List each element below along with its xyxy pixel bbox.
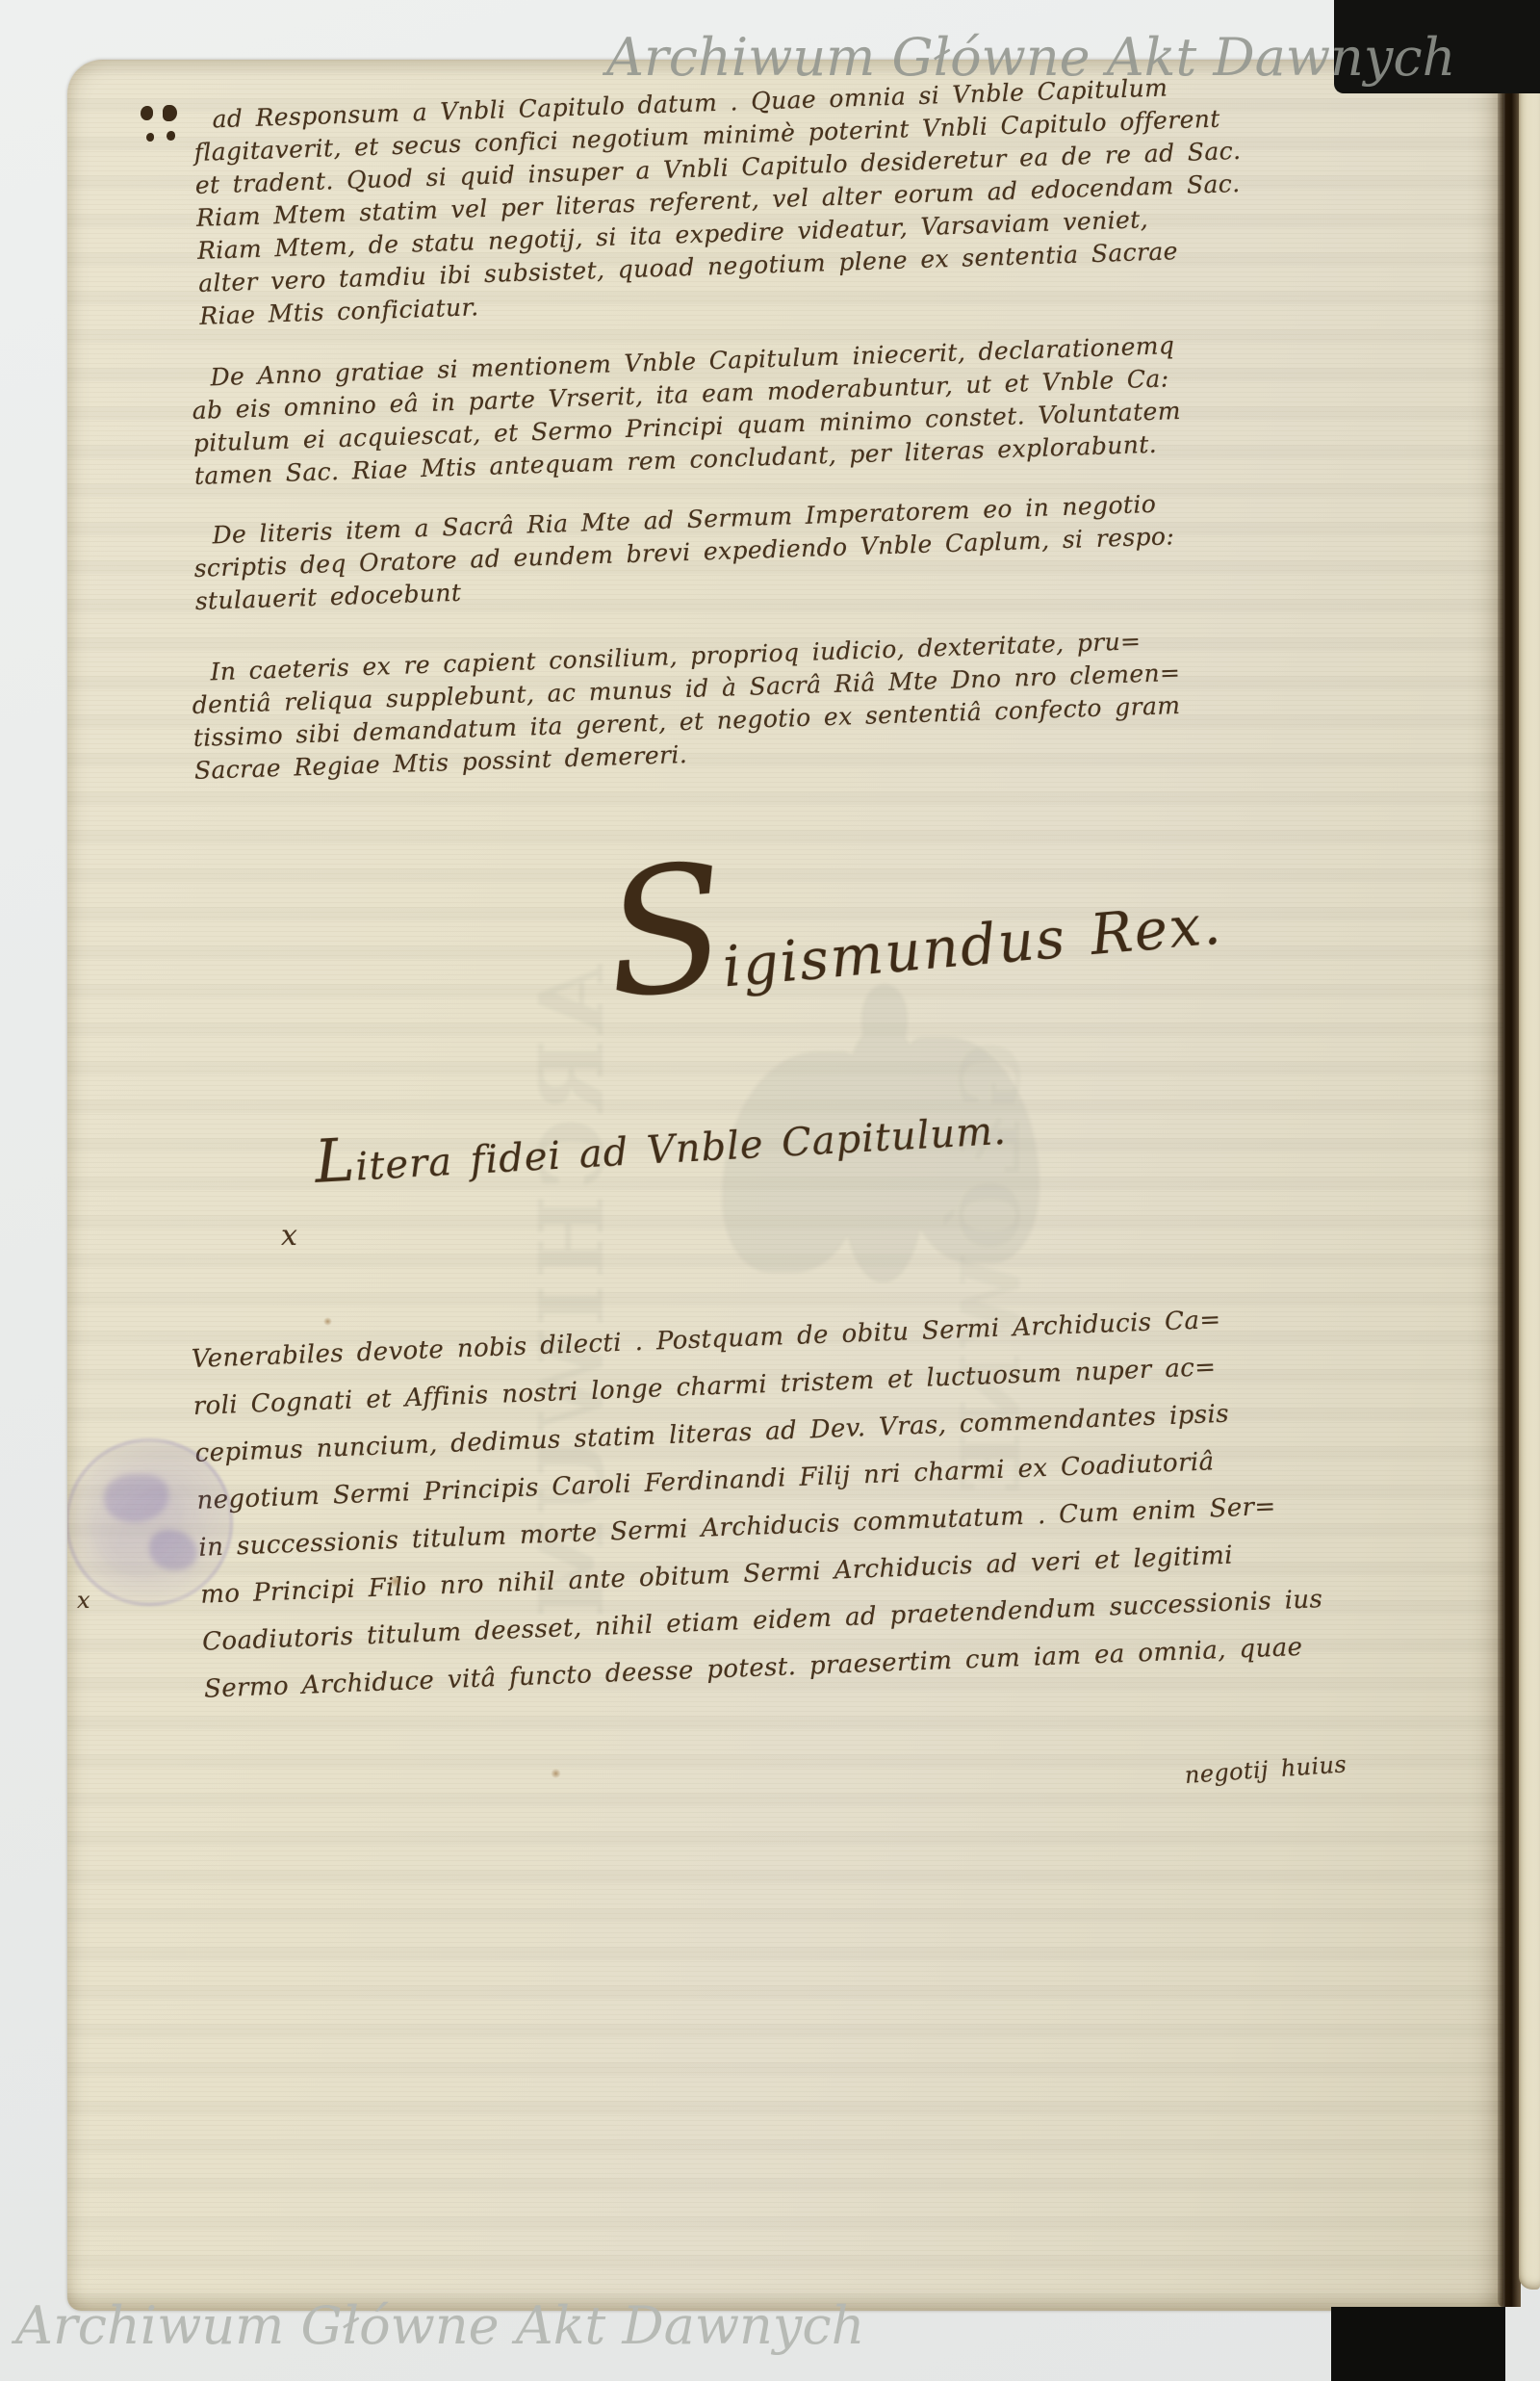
margin-mark: x xyxy=(77,1587,90,1614)
ink-blot xyxy=(146,133,154,142)
scanned-manuscript-canvas: ARCHIWUM GŁÓWNE ad Responsum a Vnbli Cap… xyxy=(0,0,1540,2381)
book-gutter-shadow xyxy=(1498,64,1521,2307)
royal-signature: Sigismundus Rex. xyxy=(606,877,1226,1022)
manuscript-page: ARCHIWUM GŁÓWNE ad Responsum a Vnbli Cap… xyxy=(67,60,1503,2311)
manuscript-paragraph-3: De literis item a Sacrâ Ria Mte ad Sermu… xyxy=(192,479,1427,618)
foxing-spot xyxy=(323,1317,332,1326)
scanner-backdrop-bottom-right xyxy=(1331,2307,1505,2381)
archive-ink-stamp xyxy=(67,1438,233,1606)
foxing-spot xyxy=(551,1769,561,1778)
next-page-edge xyxy=(1519,83,1540,2290)
ink-blot xyxy=(163,105,177,121)
foxing-spot xyxy=(603,168,611,175)
catchword: negotij huius xyxy=(1184,1750,1347,1789)
ink-blot xyxy=(141,106,153,120)
ink-blot xyxy=(167,131,175,141)
foxing-spot xyxy=(389,1575,402,1588)
manuscript-letter-body: Venerabiles devote nobis dilecti . Postq… xyxy=(191,1288,1455,1714)
document-heading: Litera fidei ad Vnble Capitulum. xyxy=(313,1088,1008,1197)
scanner-backdrop-top-right xyxy=(1334,0,1540,93)
manuscript-paragraph-4: In caeteris ex re capient consilium, pro… xyxy=(191,616,1426,788)
manuscript-paragraph-2: De Anno gratiae si mentionem Vnble Capit… xyxy=(191,322,1426,493)
manuscript-paragraph-1: ad Responsum a Vnbli Capitulo datum . Qu… xyxy=(192,64,1431,333)
margin-mark: x xyxy=(281,1219,297,1253)
